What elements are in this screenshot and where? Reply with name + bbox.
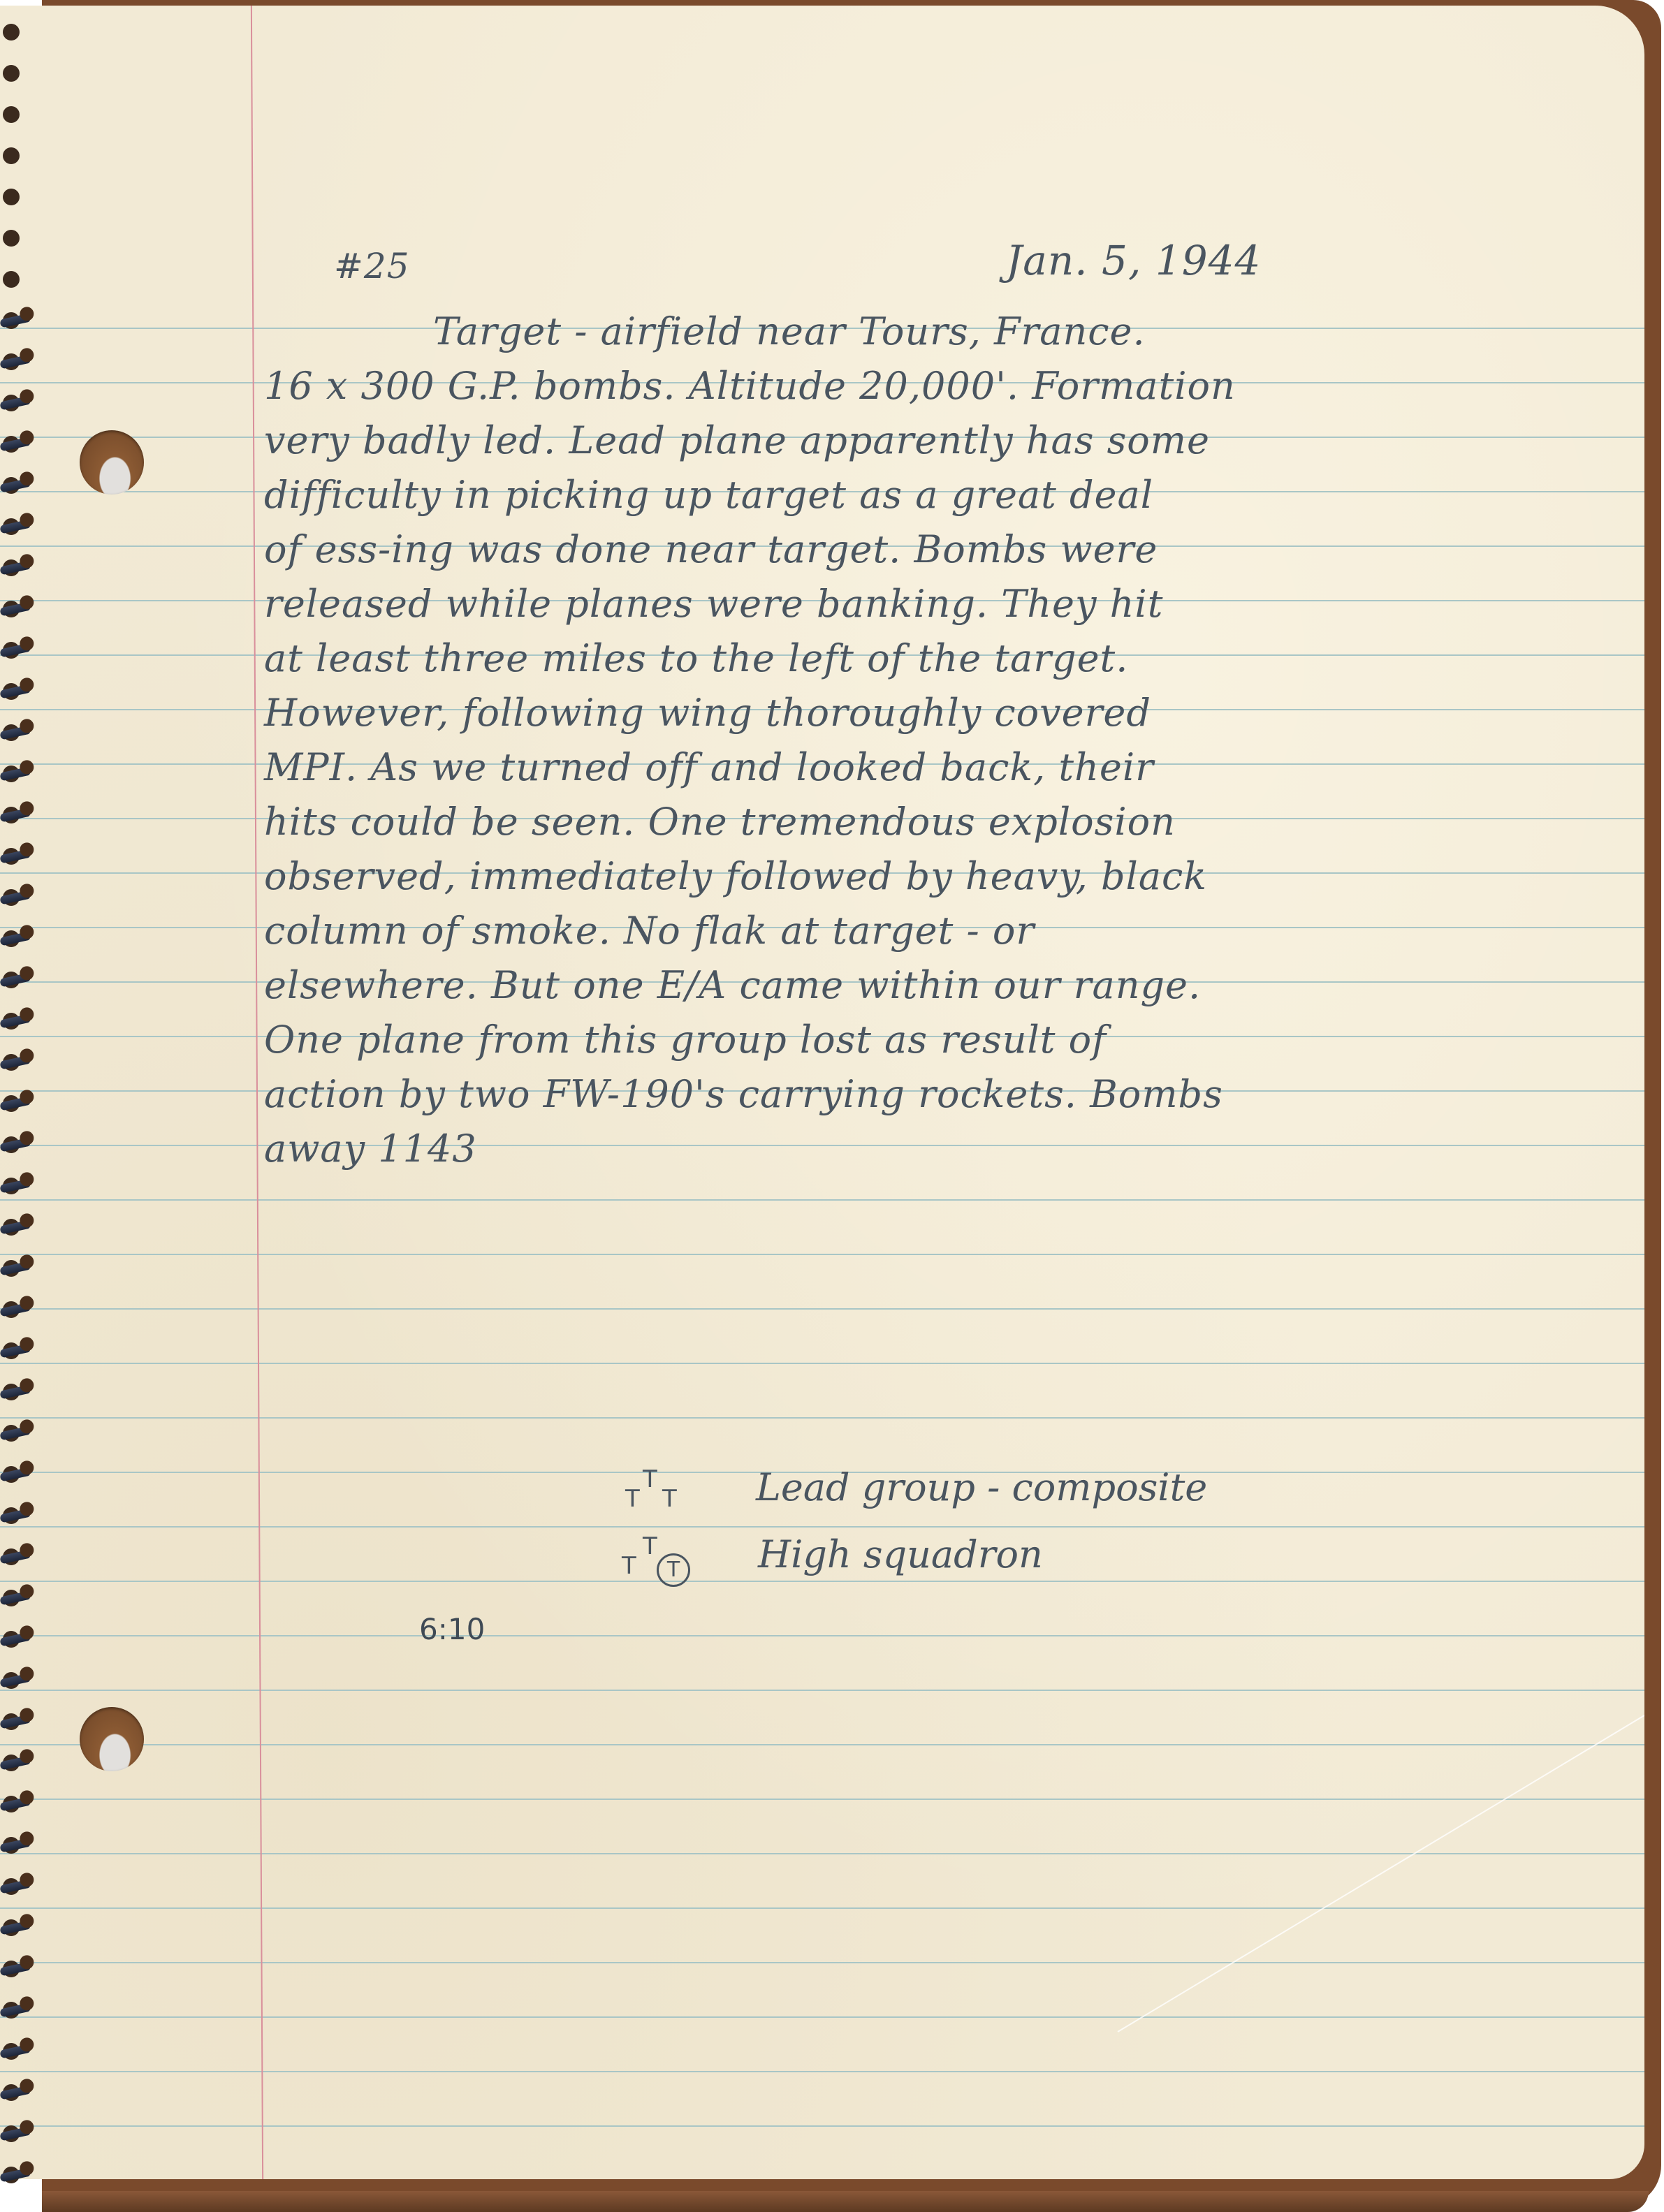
notebook-page: #25 Jan. 5, 1944 Target - airfield near … — [0, 6, 1644, 2179]
body-line: MPI. As we turned off and looked back, t… — [264, 740, 1154, 795]
body-line: away 1143 — [264, 1122, 477, 1176]
body-line: released while planes were banking. They… — [264, 577, 1163, 631]
spiral-hole — [3, 271, 20, 288]
body-line: However, following wing thoroughly cover… — [264, 686, 1151, 740]
body-line: elsewhere. But one E/A came within our r… — [264, 958, 1201, 1013]
binder-hole-top — [80, 430, 144, 495]
t-symbol-icon: T — [625, 1485, 640, 1513]
t-symbol-icon: T — [622, 1552, 636, 1580]
body-line: difficulty in picking up target as a gre… — [264, 468, 1153, 522]
legend-label: Lead group - composite — [756, 1465, 1207, 1509]
circled-t-symbol-icon: T — [657, 1553, 690, 1587]
notebook-cover-edge — [42, 2191, 1649, 2212]
t-symbol-icon: T — [643, 1465, 657, 1493]
spiral-hole — [3, 189, 20, 205]
body-line: very badly led. Lead plane apparently ha… — [264, 413, 1210, 468]
t-symbol-icon: T — [662, 1485, 677, 1513]
legend-label: High squadron — [758, 1532, 1043, 1576]
t-symbol-icon: T — [643, 1532, 657, 1560]
spiral-hole — [3, 65, 20, 82]
body-line: Target - airfield near Tours, France. — [433, 305, 1146, 359]
body-line: of ess-ing was done near target. Bombs w… — [264, 522, 1158, 577]
body-line: column of smoke. No flak at target - or — [264, 904, 1035, 958]
spiral-hole — [3, 24, 20, 41]
spiral-hole — [3, 147, 20, 164]
spiral-binding — [0, 14, 42, 2193]
binder-hole-bottom — [80, 1707, 144, 1771]
spiral-hole — [3, 106, 20, 123]
body-line: at least three miles to the left of the … — [264, 631, 1128, 686]
body-line: action by two FW-190's carrying rockets.… — [264, 1067, 1223, 1122]
body-line: One plane from this group lost as result… — [264, 1013, 1107, 1067]
spiral-hole — [3, 230, 20, 247]
body-line: observed, immediately followed by heavy,… — [264, 849, 1207, 904]
page-note: 6:10 — [419, 1612, 485, 1646]
entry-date: Jan. 5, 1944 — [1006, 233, 1261, 288]
entry-number: #25 — [334, 239, 410, 293]
body-line: 16 x 300 G.P. bombs. Altitude 20,000'. F… — [264, 359, 1236, 413]
body-line: hits could be seen. One tremendous explo… — [264, 795, 1176, 849]
